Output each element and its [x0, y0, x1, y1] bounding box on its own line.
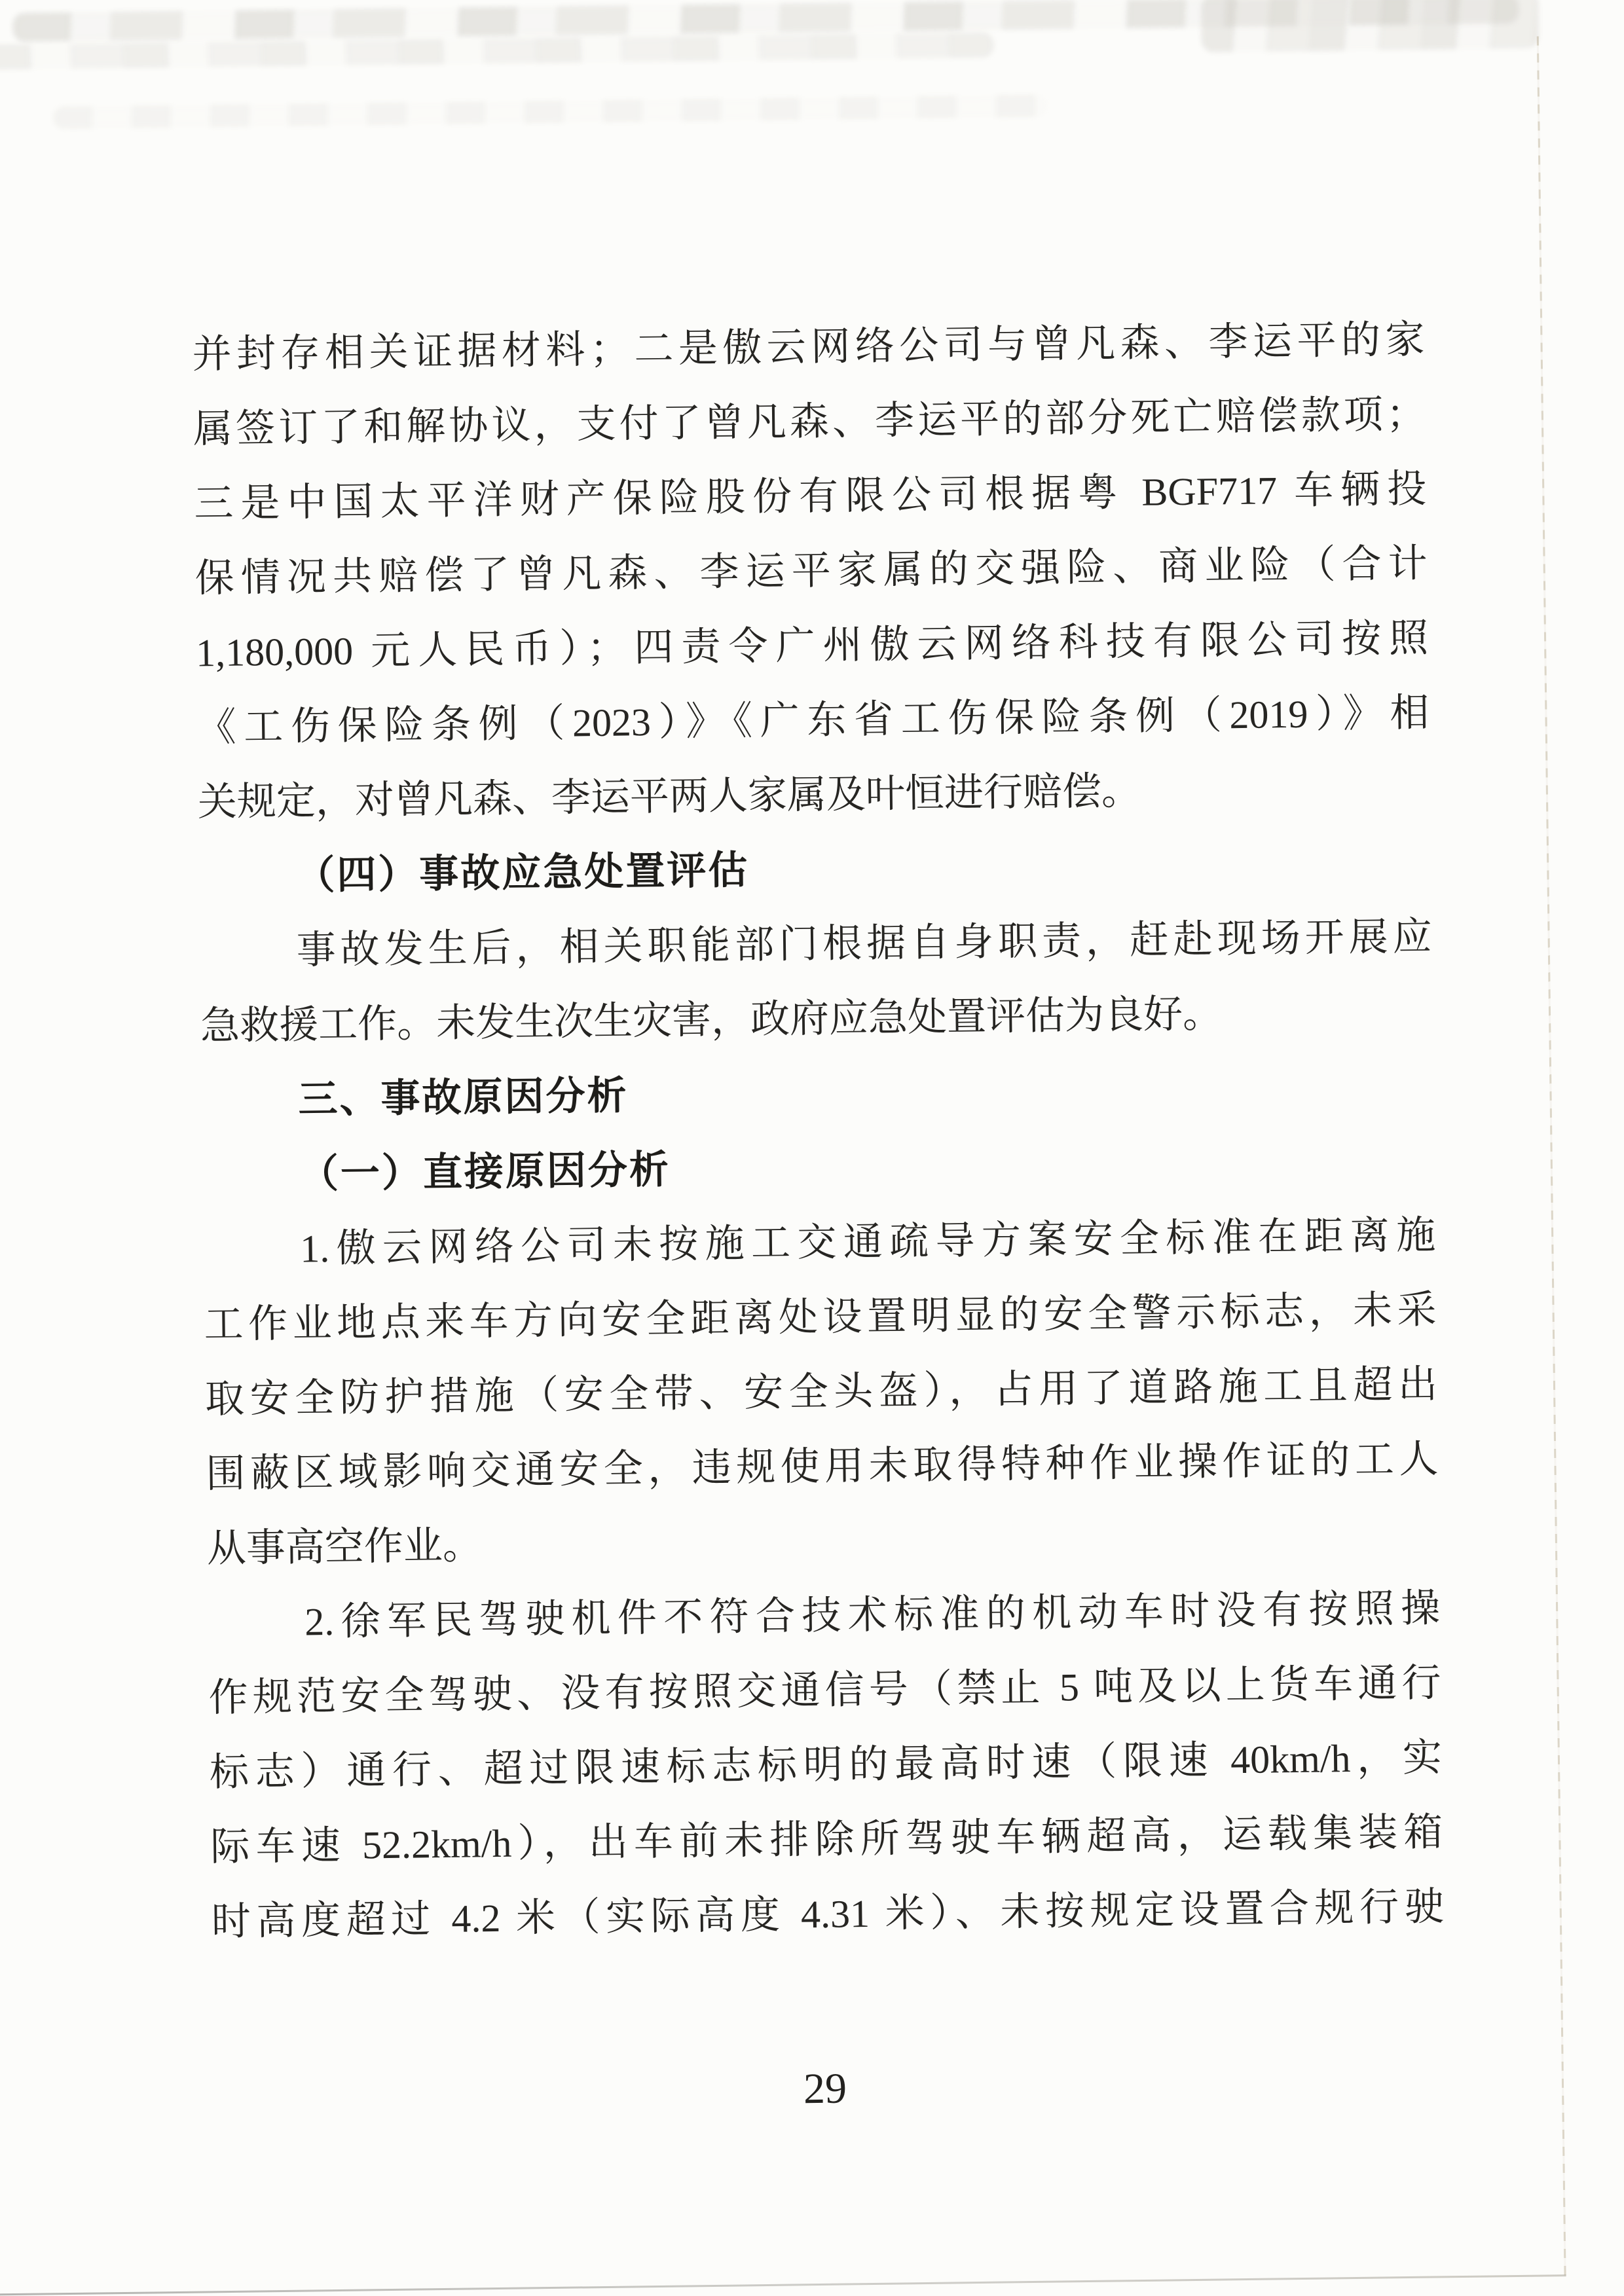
text-line: 1.傲云网络公司未按施工交通疏导方案安全标准在距离施 — [203, 1197, 1436, 1287]
scan-edge-bottom — [0, 2274, 1566, 2296]
text-line: 工作业地点来车方向安全距离处设置明显的安全警示标志，未采 — [204, 1272, 1437, 1362]
text-line: 围蔽区域影响交通安全，违规使用未取得特种作业操作证的工人 — [206, 1421, 1439, 1511]
heading-line: （一）直接原因分析 — [202, 1123, 1435, 1212]
text-line: 事故发生后，相关职能部门根据自身职责，赶赴现场开展应 — [199, 899, 1432, 989]
text-line: 《工伤保险条例（2023）》《广东省工伤保险条例（2019）》相 — [196, 675, 1430, 765]
scan-smudge-upper — [53, 94, 1048, 129]
scan-smudge-top-right — [1201, 0, 1539, 52]
scan-edge-right — [1537, 36, 1566, 2276]
text-line: 从事高空作业。 — [206, 1496, 1439, 1586]
text-line: 际车速 52.2km/h），出车前未排除所驾驶车辆超高，运载集装箱 — [210, 1795, 1443, 1884]
text-line: 时高度超过 4.2 米（实际高度 4.31 米）、未按规定设置合规行驶 — [211, 1869, 1444, 1959]
text-line: 三是中国太平洋财产保险股份有限公司根据粤 BGF717 车辆投 — [194, 451, 1427, 541]
scan-smudge-top — [12, 0, 1519, 42]
text-line: 取安全防护措施（安全带、安全头盔），占用了道路施工且超出 — [204, 1347, 1437, 1436]
text-line: 属签订了和解协议，支付了曾凡森、李运平的部分死亡赔偿款项； — [193, 377, 1426, 467]
page-number: 29 — [803, 2064, 847, 2114]
scan-page: 并封存相关证据材料；二是傲云网络公司与曾凡森、李运平的家属签订了和解协议，支付了… — [0, 0, 1566, 2296]
text-line: 作规范安全驾驶、没有按照交通信号（禁止 5 吨及以上货车通行 — [208, 1645, 1441, 1735]
scan-smudge-top-left — [0, 33, 994, 70]
text-line: 急救援工作。未发生次生灾害，政府应急处置评估为良好。 — [200, 974, 1433, 1063]
text-block: 并封存相关证据材料；二是傲云网络公司与曾凡森、李运平的家属签订了和解协议，支付了… — [192, 302, 1444, 1959]
heading-line: （四）事故应急处置评估 — [198, 824, 1431, 914]
text-line: 并封存相关证据材料；二是傲云网络公司与曾凡森、李运平的家 — [192, 302, 1425, 392]
text-line: 保情况共赔偿了曾凡森、李运平家属的交强险、商业险（合计 — [194, 526, 1428, 615]
